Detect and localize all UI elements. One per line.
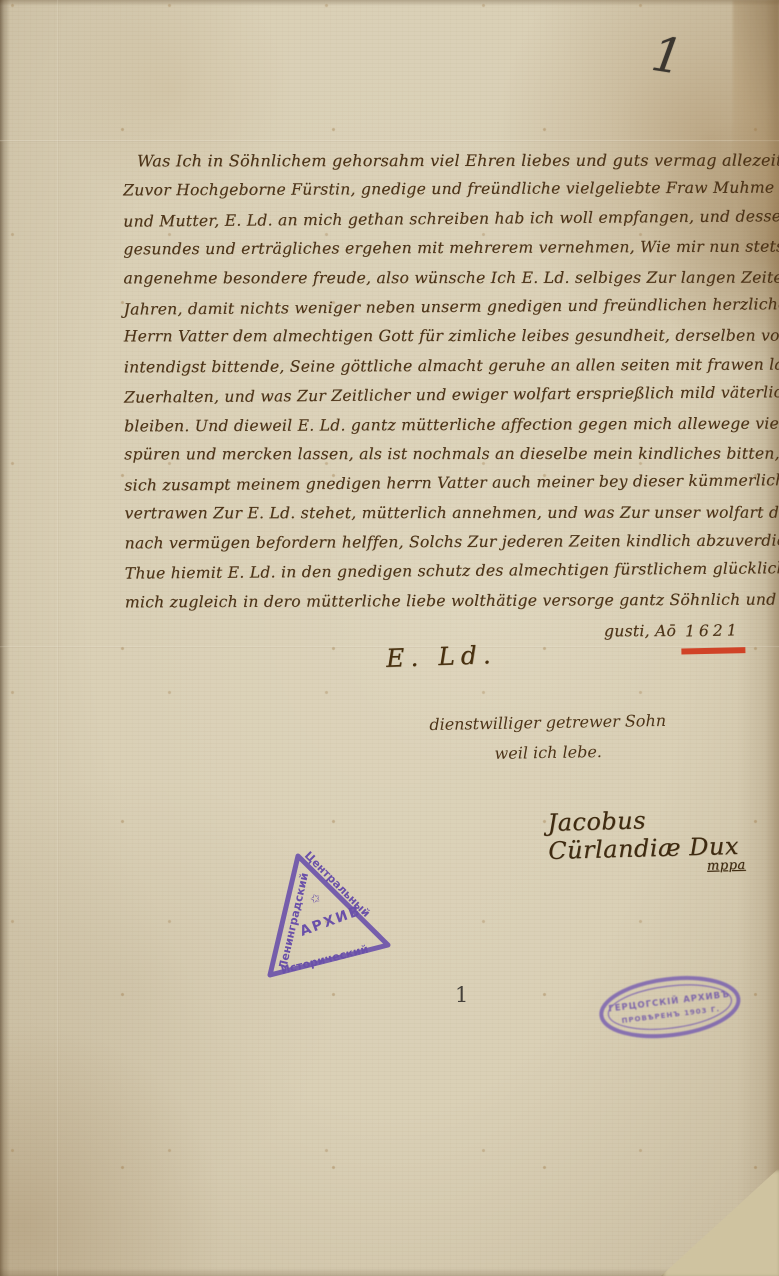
manuscript-photo: 1 Was Ich in Söhnlichem gehorsahm viel E…	[0, 0, 779, 1276]
manuscript-line: Zuvor Hochgeborne Fürstin, gnedige und f…	[123, 174, 759, 206]
archive-triangle-stamp: Ленинградский Центральный Исторический ✩…	[240, 846, 410, 986]
manuscript-line: Herrn Vatter dem almechtigen Gott für zi…	[124, 322, 760, 352]
fold-crease-vertical	[57, 0, 59, 1276]
letter-lines: Was Ich in Söhnlichem gehorsahm viel Ehr…	[123, 145, 761, 618]
manuscript-line: sich zusampt meinem gnedigen herrn Vatte…	[124, 467, 760, 502]
manuscript-line: bleiben. Und dieweil E. Ld. gantz mütter…	[124, 409, 760, 441]
manuscript-line: Was Ich in Söhnlichem gehorsahm viel Ehr…	[123, 146, 759, 176]
manuscript-line: und Mutter, E. Ld. an mich gethan schrei…	[123, 202, 759, 237]
manuscript-line: vertrawen Zur E. Ld. stehet, mütterlich …	[124, 498, 760, 528]
salutation-abbreviation: E. Ld.	[386, 640, 498, 673]
fold-crease-top	[0, 140, 779, 142]
letter-body: Was Ich in Söhnlichem gehorsahm viel Ehr…	[123, 145, 761, 650]
manuscript-line: nach vermügen befordern helffen, Solchs …	[125, 527, 761, 559]
folio-number-bottom: 1	[455, 983, 468, 1007]
date-prefix: gusti, Aō	[604, 622, 681, 640]
signature-name: Jacobus Cürlandiæ Dux	[547, 806, 739, 865]
manuscript-line: spüren und mercken lassen, als ist nochm…	[124, 440, 760, 470]
closing-formula: dienstwilliger getrewer Sohn weil ich le…	[397, 705, 698, 770]
manuscript-line: angenehme besondere freude, also wünsche…	[123, 263, 759, 293]
manuscript-line: gesundes und erträgliches ergehen mit me…	[123, 233, 759, 265]
triangle-stamp-right-text: Центральный	[302, 849, 373, 920]
closing-line-2: weil ich lebe.	[398, 735, 698, 770]
year-red-underlined: 1621	[681, 614, 746, 654]
triangle-stamp-star-icon: ✩	[308, 890, 322, 907]
closing-line-1: dienstwilliger getrewer Sohn	[397, 705, 697, 740]
manuscript-line: Jahren, damit nichts weniger neben unser…	[123, 290, 759, 325]
manuscript-line: intendigst bittende, Seine göttliche alm…	[124, 350, 760, 382]
triangle-stamp-center-text: АРХИВ	[298, 903, 364, 940]
manuscript-line: mich zugleich in dero mütterliche liebe …	[125, 585, 761, 617]
signature: Jacobus Cürlandiæ Dux mppa	[547, 803, 774, 878]
manuscript-line: Thue hiemit E. Ld. in den gnedigen schut…	[125, 555, 761, 590]
manuscript-line: Zuerhalten, und was Zur Zeitlicher und e…	[124, 379, 760, 414]
